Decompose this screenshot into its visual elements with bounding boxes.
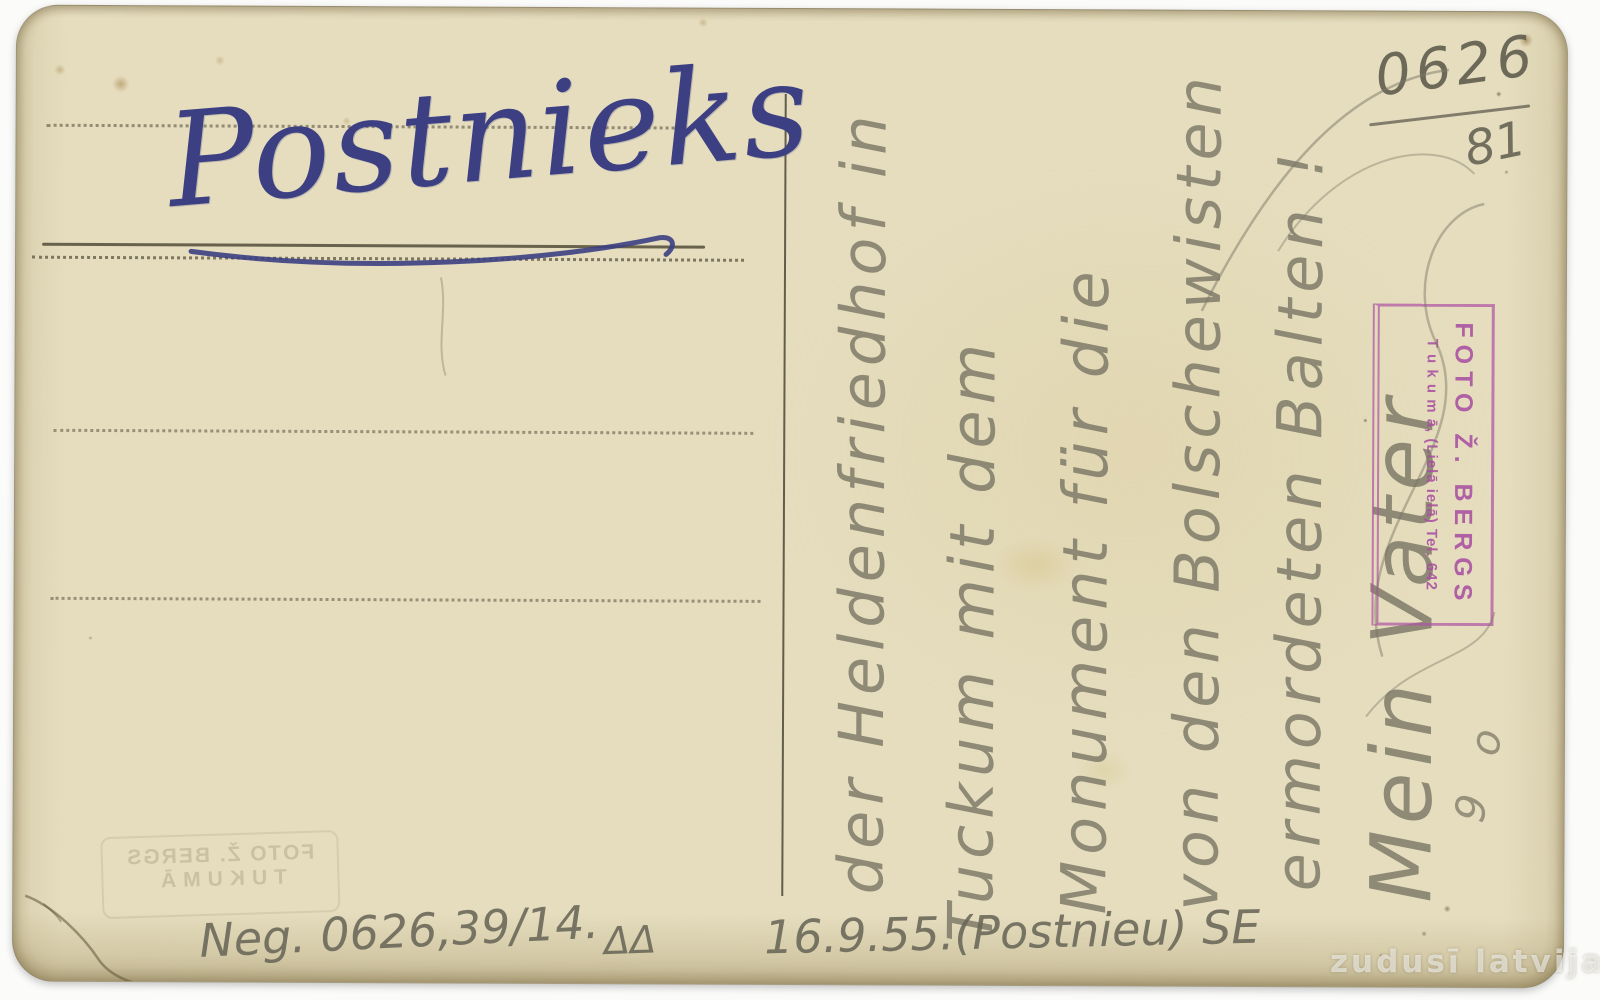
pencil-note-line: von den Bolschewisten [1153,71,1243,911]
divider-line [781,94,786,896]
photographer-stamp-name: FOTO Ž. BERGS [1447,307,1477,623]
archive-number-top: 0626 [1371,23,1541,109]
archive-number-bottom: 81 [1459,110,1530,177]
archive-watermark: Zudusī Latvija [1330,944,1600,980]
address-line [51,597,761,603]
corner-crack [43,904,61,922]
paper-crease [441,277,446,375]
pencil-note-line: ermordeten Balten ! [1255,147,1344,892]
date-annotation: 16.9.55.(Postnieu) SE [764,900,1261,965]
address-line-heavy [42,243,705,249]
photographer-stamp: FOTO Ž. BERGS T u k u m ā, (Lielā ielā) … [1368,304,1497,627]
pencil-note-line: Tuckum mit dem [928,338,1017,942]
pencil-note-line: Monument für die [1041,265,1130,914]
postcard-back: Postnieks der Heldenfriedhof in Tuckum m… [12,5,1568,989]
pencil-marks: 9 o [1444,711,1515,827]
photographer-stamp-address: T u k u m ā, (Lielā ielā) Tel. 642 [1422,307,1440,623]
pencil-note-line: der Heldenfriedhof in [818,109,907,894]
blue-handwriting: Postnieks [162,43,816,226]
scan-background: { "card": { "blue_note": "Postnieks", "a… [0,0,1600,1000]
mirrored-stamp: FOTO Ž. BERGS TUKUMĀ [100,830,340,919]
photographer-stamp-frame: FOTO Ž. BERGS T u k u m ā, (Lielā ielā) … [1371,304,1494,627]
address-line [53,429,753,435]
annotation-symbols: ΔΔ [603,918,656,964]
address-line [32,256,744,262]
